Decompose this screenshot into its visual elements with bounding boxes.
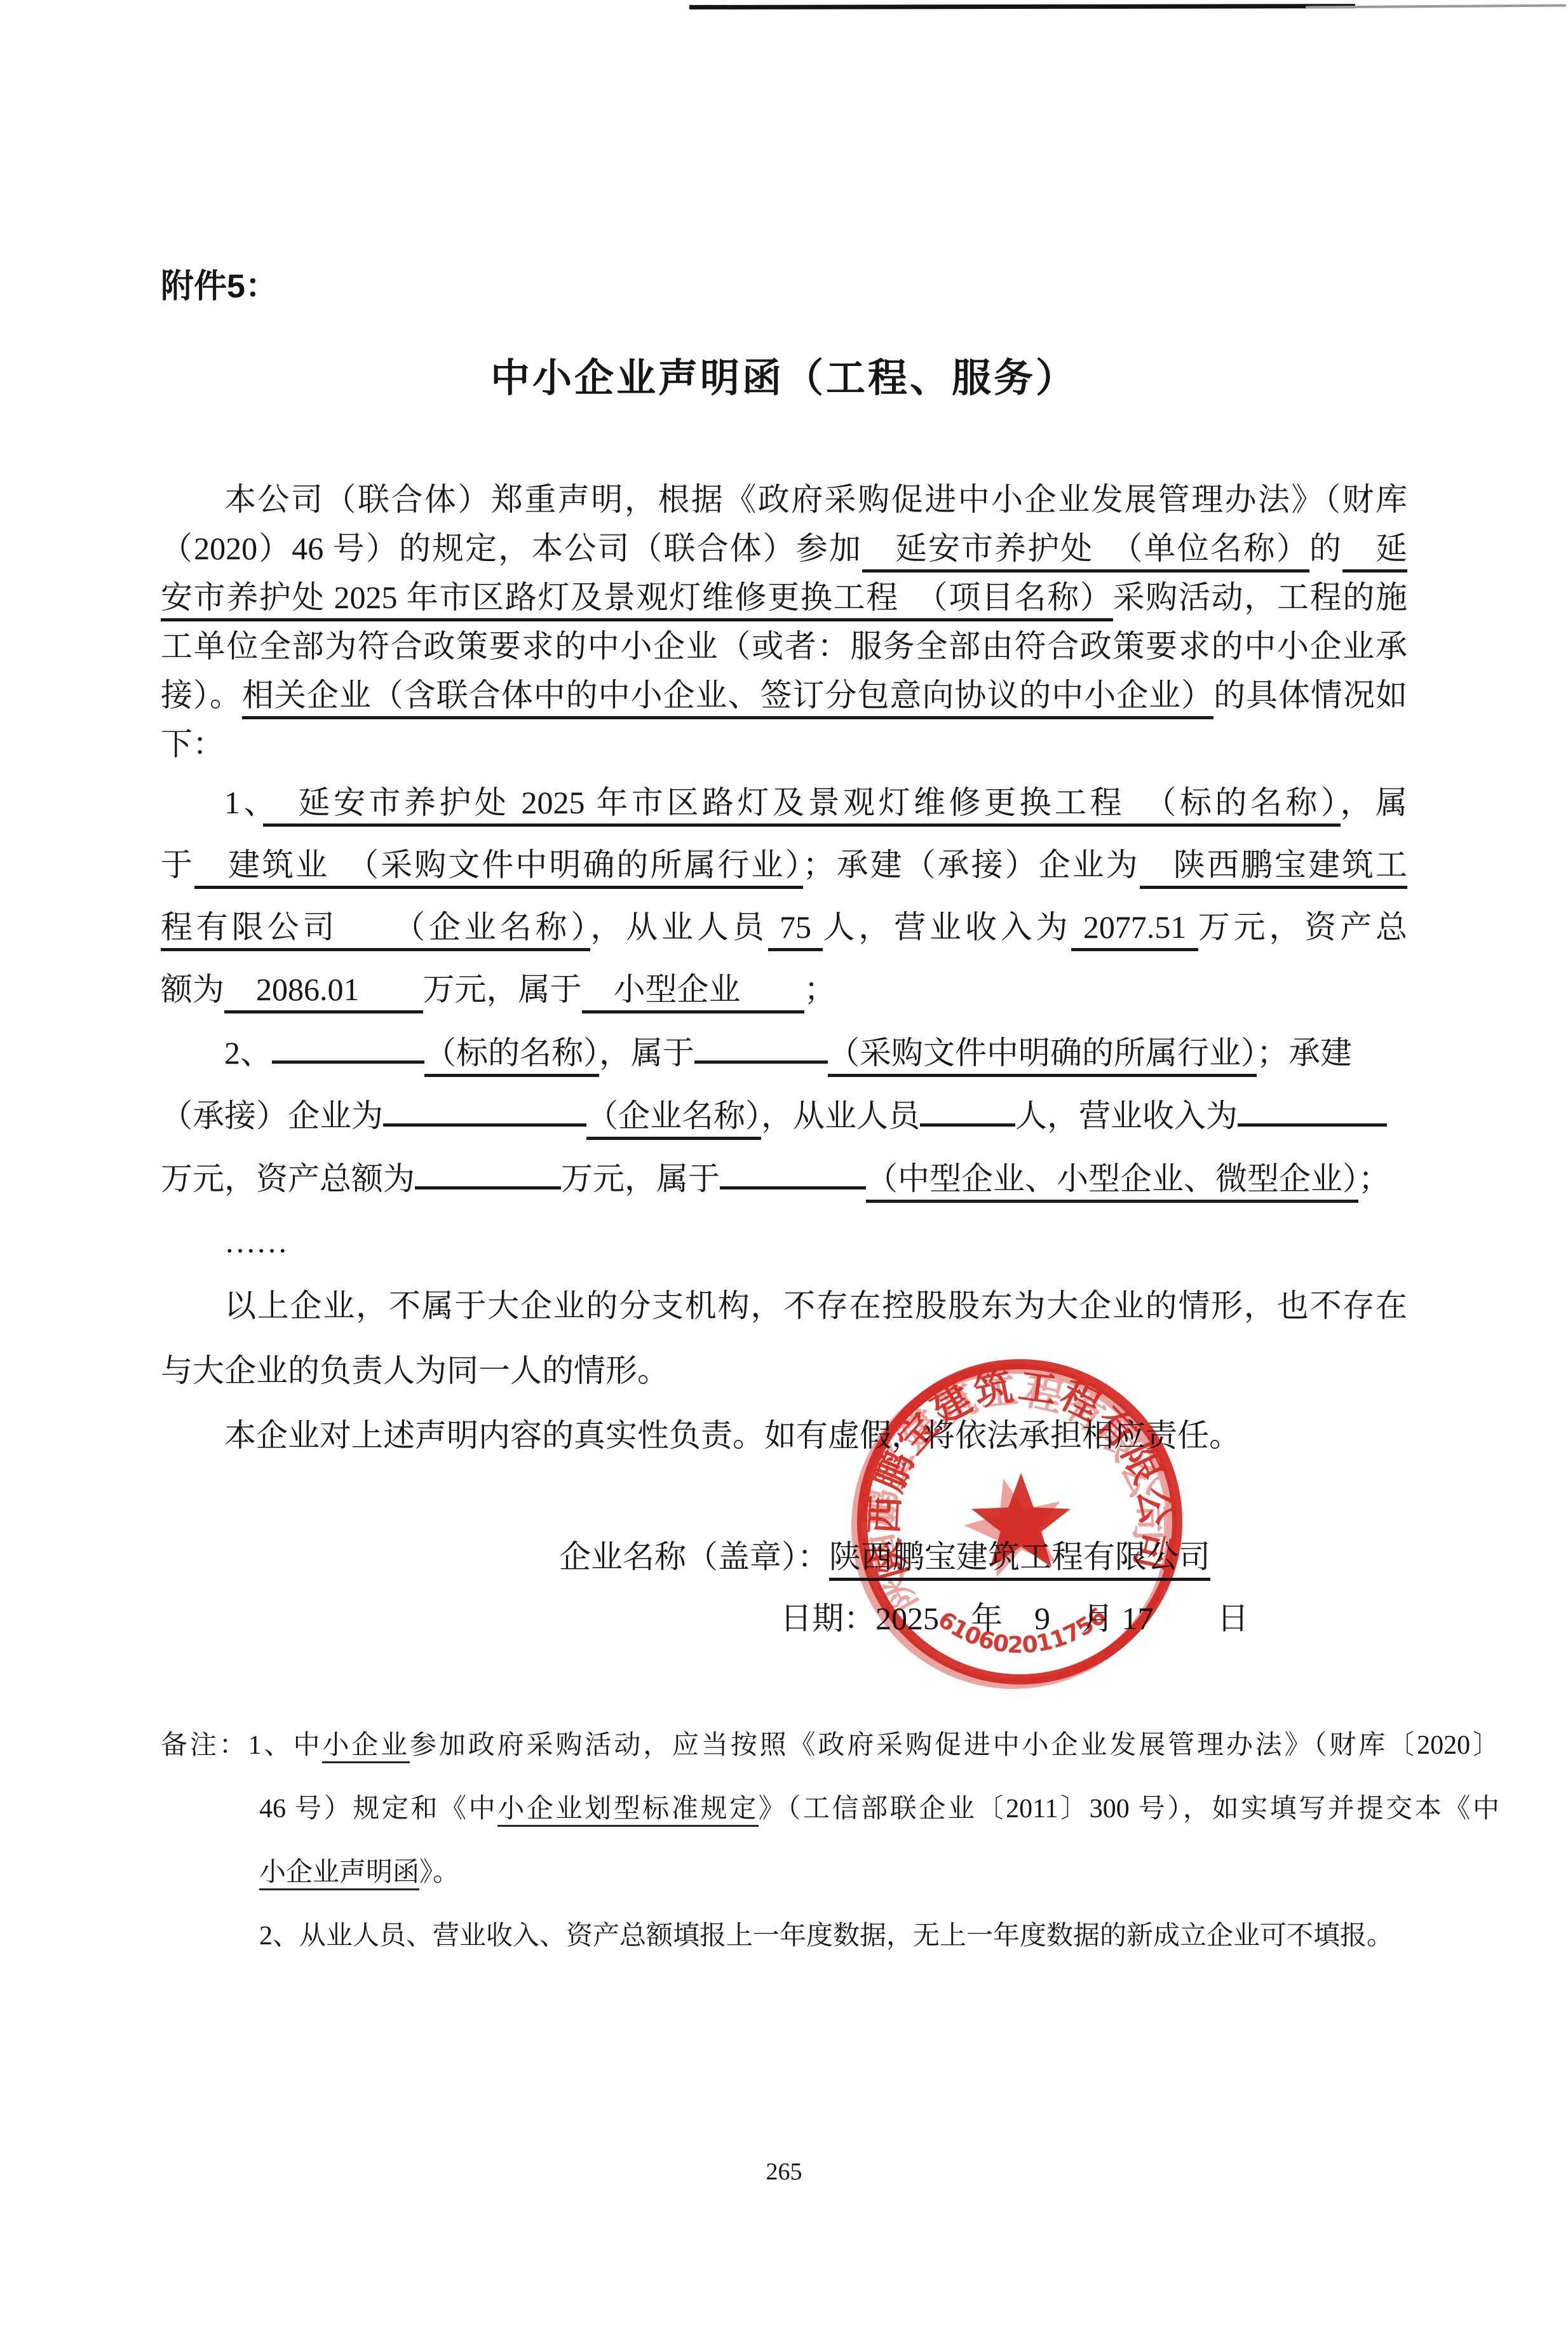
body-text: ；	[804, 972, 836, 1007]
item-2-paragraph: 2、（标的名称），属于（采购文件中明确的所属行业）；承建 （承接）企业为（企业名…	[161, 1022, 1407, 1273]
field-assets: 2086.01	[224, 972, 423, 1013]
text-line: 2、（标的名称），属于（采购文件中明确的所属行业）；承建	[161, 1022, 1407, 1085]
remark-text: 2、从业人员、营业收入、资产总额填报上一年度数据，无上一年度数据的新成立企业可不…	[259, 1921, 1393, 1951]
body-text: ，从业人员	[590, 909, 767, 945]
item-1-paragraph: 1、 延安市养护处 2025 年市区路灯及景观灯维修更换工程 （标的名称），属 …	[161, 771, 1407, 1020]
body-text: 人，营业收入为	[823, 909, 1071, 945]
text-line: 1、 延安市养护处 2025 年市区路灯及景观灯维修更换工程 （标的名称），属	[161, 771, 1407, 834]
document-page: 附件5： 中小企业声明函（工程、服务） 本公司（联合体）郑重声明，根据《政府采购…	[0, 0, 1568, 2351]
remark-text: 1、中	[248, 1731, 323, 1760]
page-number: 265	[0, 2158, 1568, 2186]
body-text: 万元，资产总额为	[161, 1161, 415, 1196]
body-text: 于	[161, 847, 194, 883]
blank-assets	[415, 1153, 561, 1190]
label-target-name: （标的名称）	[424, 1035, 599, 1077]
body-text: ，属于	[599, 1035, 694, 1071]
body-text: 万元，资产总	[1198, 909, 1407, 945]
body-text: 工单位全部为符合政策要求的中小企业（或者：服务全部由符合政策要求的中小企业承	[161, 628, 1407, 664]
page-title: 中小企业声明函（工程、服务）	[0, 346, 1568, 403]
remark-text: 》。	[419, 1858, 459, 1887]
blank-target-name	[272, 1027, 424, 1064]
text-line: 接）。相关企业（含联合体中的中小企业、签订分包意向协议的中小企业）的具体情况如	[161, 671, 1407, 720]
remark-underlined-term: 小企业划型标准规定	[497, 1794, 758, 1827]
field-unit-name: 延安市养护处 （单位名称）	[862, 531, 1309, 573]
text-line: 2、从业人员、营业收入、资产总额填报上一年度数据，无上一年度数据的新成立企业可不…	[161, 1904, 1499, 1968]
text-line: 程有限公司 （企业名称），从业人员 75 人，营业收入为 2077.51 万元，…	[161, 896, 1407, 958]
text-line: 于 建筑业 （采购文件中明确的所属行业）；承建（承接）企业为 陕西鹏宝建筑工	[161, 834, 1407, 896]
field-project-name: 安市养护处 2025 年市区路灯及景观灯维修更换工程 （项目名称）	[161, 579, 1113, 621]
body-text: 采购活动，工程的施	[1113, 579, 1407, 615]
blank-company-name	[383, 1090, 586, 1127]
text-line: 额为 2086.01 万元，属于 小型企业 ；	[161, 958, 1407, 1020]
declaration-paragraph: 本公司（联合体）郑重声明，根据《政府采购促进中小企业发展管理办法》（财库 （20…	[161, 475, 1407, 769]
body-text: ；	[1358, 1161, 1390, 1196]
text-line: 备注：1、中小企业参加政府采购活动，应当按照《政府采购促进中小企业发展管理办法》…	[161, 1714, 1499, 1777]
label-company-name: （企业名称）	[586, 1098, 761, 1140]
field-contractor-name-start: 陕西鹏宝建筑工	[1140, 847, 1407, 889]
remark-underlined-term: 小企业声明函	[259, 1858, 419, 1890]
remark-text: 》（工信部联企业〔2011〕300 号），如实填写并提交本《中	[759, 1794, 1499, 1824]
body-text: ，属	[1341, 785, 1408, 820]
body-text: ，从业人员	[761, 1098, 920, 1134]
text-line: 以上企业，不属于大企业的分支机构，不存在控股股东为大企业的情形，也不存在	[161, 1273, 1407, 1338]
body-text: 本公司（联合体）郑重声明，根据《政府采购促进中小企业发展管理办法》（财库	[224, 482, 1407, 517]
body-text: 人，营业收入为	[1015, 1098, 1238, 1134]
company-seal-label: 企业名称（盖章）：	[559, 1539, 829, 1575]
seal-code: 6 1 0 6 0 2 0 1 1 7 5 6	[933, 1603, 1111, 1659]
text-line: 下：	[161, 720, 1407, 769]
remarks-label: 备注：	[161, 1731, 248, 1760]
remark-text: 46 号）规定和《中	[259, 1794, 497, 1824]
blank-industry	[694, 1027, 828, 1064]
text-line: （承接）企业为（企业名称），从业人员人，营业收入为	[161, 1085, 1407, 1148]
label-industry: （采购文件中明确的所属行业）	[828, 1035, 1257, 1077]
item-number: 1、	[224, 785, 263, 820]
field-target-name: 延安市养护处 2025 年市区路灯及景观灯维修更换工程 （标的名称）	[263, 785, 1341, 827]
body-text: 万元，属于	[423, 972, 582, 1007]
body-text: 额为	[161, 972, 224, 1007]
text-line: （2020）46 号）的规定，本公司（联合体）参加 延安市养护处 （单位名称）的…	[161, 524, 1407, 573]
text-line: ……	[161, 1210, 1407, 1273]
closing-paragraphs: 以上企业，不属于大企业的分支机构，不存在控股股东为大企业的情形，也不存在 与大企…	[161, 1273, 1407, 1468]
body-text: ；承建（承接）企业为	[803, 847, 1140, 883]
ellipsis-text: ……	[224, 1224, 288, 1259]
body-text: （承接）企业为	[161, 1098, 383, 1134]
remark-text: 参加政府采购活动，应当按照《政府采购促进中小企业发展管理办法》（财库〔2020〕	[410, 1731, 1499, 1760]
text-line: 与大企业的负责人为同一人的情形。	[161, 1338, 1407, 1403]
body-text: 的	[1309, 531, 1342, 566]
body-text: 接）。	[161, 677, 242, 713]
company-seal: 陕西鹏宝建筑工程有限公司 陕西鹏宝建筑工程有限公司 6 1 0 6 0 2 0 …	[842, 1338, 1198, 1706]
field-revenue: 2077.51	[1071, 909, 1198, 951]
text-line: 本企业对上述声明内容的真实性负责。如有虚假，将依法承担相应责任。	[161, 1403, 1407, 1468]
body-text: 万元，属于	[561, 1161, 720, 1196]
blank-employees	[920, 1090, 1015, 1127]
text-line: 小企业声明函》。	[161, 1841, 1499, 1904]
field-contractor-name-end: 程有限公司 （企业名称）	[161, 909, 590, 951]
text-line: 安市养护处 2025 年市区路灯及景观灯维修更换工程 （项目名称）采购活动，工程…	[161, 573, 1407, 622]
body-text: 与大企业的负责人为同一人的情形。	[161, 1353, 669, 1388]
item-number: 2、	[224, 1035, 272, 1071]
body-text: ；承建	[1257, 1035, 1352, 1071]
body-text: 的具体情况如	[1213, 677, 1407, 713]
text-line: 万元，资产总额为万元，属于（中型企业、小型企业、微型企业）；	[161, 1148, 1407, 1210]
related-enterprises-phrase: 相关企业（含联合体中的中小企业、签订分包意向协议的中小企业）	[242, 677, 1213, 719]
text-line: 工单位全部为符合政策要求的中小企业（或者：服务全部由符合政策要求的中小企业承	[161, 622, 1407, 671]
attachment-label: 附件5：	[161, 259, 278, 307]
blank-revenue	[1238, 1090, 1387, 1127]
blank-enterprise-type	[720, 1153, 866, 1190]
body-text: （2020）46 号）的规定，本公司（联合体）参加	[161, 531, 862, 566]
remarks-section: 备注：1、中小企业参加政府采购活动，应当按照《政府采购促进中小企业发展管理办法》…	[161, 1714, 1499, 1968]
label-enterprise-type: （中型企业、小型企业、微型企业）	[866, 1161, 1358, 1203]
field-project-name-start: 延	[1342, 531, 1407, 573]
body-text: 以上企业，不属于大企业的分支机构，不存在控股股东为大企业的情形，也不存在	[224, 1288, 1407, 1324]
field-industry: 建筑业 （采购文件中明确的所属行业）	[194, 847, 803, 889]
remark-underlined-term: 小企业	[322, 1731, 410, 1763]
field-employees: 75	[768, 909, 823, 951]
scan-artifact-line	[689, 4, 1355, 10]
text-line: 本公司（联合体）郑重声明，根据《政府采购促进中小企业发展管理办法》（财库	[161, 475, 1407, 524]
field-enterprise-type: 小型企业	[582, 972, 804, 1013]
star-icon	[971, 1473, 1071, 1567]
body-text: 下：	[161, 726, 224, 762]
text-line: 46 号）规定和《中小企业划型标准规定》（工信部联企业〔2011〕300 号），…	[161, 1777, 1499, 1841]
